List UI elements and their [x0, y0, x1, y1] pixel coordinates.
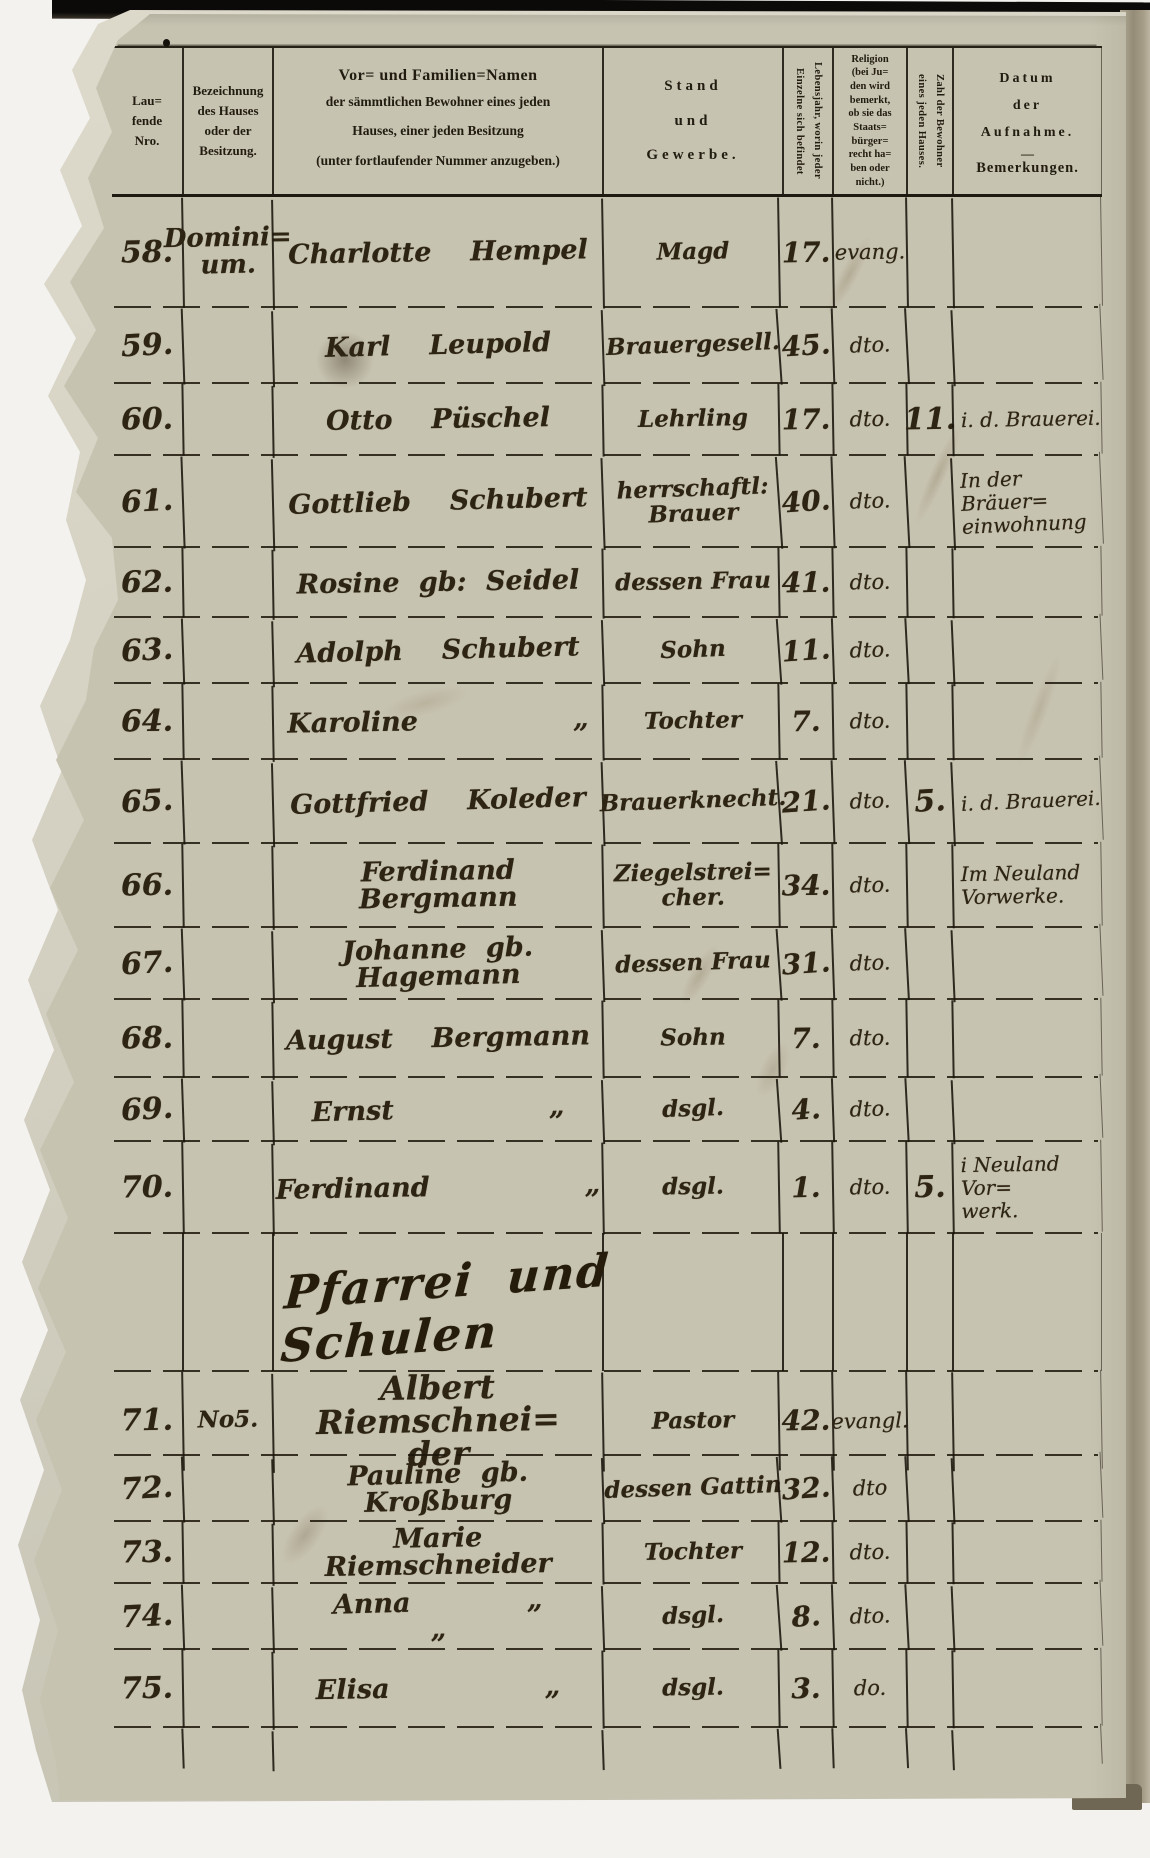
cell-stand-gewerbe: Lehrling	[601, 381, 782, 456]
header-vor-familien-namen: Vor= und Familien=Namen der sämmtlichen …	[272, 48, 602, 194]
cell-zahl-bewohner	[904, 454, 955, 548]
cell-datum-bemerkungen	[951, 1580, 1104, 1652]
cell-datum-bemerkungen	[951, 1520, 1102, 1585]
register-row: 68. August Bergmann Sohn 7. dto.	[112, 999, 1102, 1077]
cell-datum-bemerkungen: i. d. Brauerei.	[950, 756, 1104, 846]
cell-lebensjahr: 21.	[775, 757, 835, 845]
cell-lebensjahr: 45.	[775, 305, 834, 385]
cell-laufende-nro	[111, 1725, 183, 1769]
cell-datum-bemerkungen	[951, 682, 1102, 761]
cell-haus-bezeichnung	[181, 757, 274, 844]
cell-laufende-nro: 70.	[111, 1140, 183, 1233]
cell-religion: dto.	[831, 546, 906, 617]
table-body: 58. Domini= um. Charlotte Hempel Magd 17…	[112, 197, 1102, 1767]
register-row: 73. Marie Riemschneider Tochter 12. dto.	[112, 1521, 1102, 1583]
cell-zahl-bewohner	[904, 1454, 953, 1522]
register-row: 66. Ferdinand Bergmann Ziegelstrei= cher…	[112, 843, 1102, 927]
cell-haus-bezeichnung	[181, 615, 273, 684]
register-row: 60. Otto Püschel Lehrling 17. dto. 11. i…	[112, 383, 1102, 455]
register-row: 74. Anna „ „ dsgl. 8. dto.	[112, 1583, 1102, 1649]
register-row: 63. Adolph Schubert Sohn 11. dto.	[112, 617, 1102, 683]
header-datum-bemerkungen: Datum der Aufnahme. — Bemerkungen.	[952, 48, 1102, 194]
cell-zahl-bewohner	[905, 1521, 952, 1584]
cell-laufende-nro: 68.	[111, 998, 182, 1077]
cell-laufende-nro: 63.	[110, 615, 183, 685]
cell-zahl-bewohner	[904, 306, 954, 384]
cell-haus-bezeichnung	[181, 1648, 272, 1728]
cell-zahl-bewohner	[904, 926, 954, 1000]
cell-lebensjahr	[777, 1725, 834, 1769]
cell-lebensjahr: 32.	[776, 1453, 834, 1523]
cell-religion: dto	[831, 1454, 907, 1523]
cell-datum-bemerkungen	[951, 614, 1104, 686]
cell-name	[272, 1723, 603, 1772]
cell-haus-bezeichnung	[181, 682, 272, 760]
cell-stand-gewerbe: Sohn	[601, 997, 782, 1078]
register-row: 62. Rosine gb: Seidel dessen Frau 41. dt…	[112, 547, 1102, 617]
register-row: 75. Elisa „ dsgl. 3. do.	[112, 1649, 1102, 1727]
cell-datum-bemerkungen	[951, 1648, 1102, 1729]
cell-laufende-nro: 74.	[110, 1581, 183, 1651]
cell-religion: dto.	[831, 1140, 907, 1233]
cell-haus-bezeichnung	[181, 1581, 273, 1650]
register-row: 64. Karoline „ Tochter 7. dto.	[112, 683, 1102, 759]
cell-datum-bemerkungen	[951, 546, 1102, 619]
cell-religion: dto.	[831, 682, 906, 759]
cell-name: Elisa „	[271, 1646, 602, 1730]
cell-haus-bezeichnung	[181, 1520, 272, 1584]
register-row: 67. Johanne gb. Hagemann dessen Frau 31.…	[112, 927, 1102, 999]
cell-datum-bemerkungen	[951, 924, 1104, 1002]
cell-name: Gottfried Koleder	[271, 755, 603, 848]
header-namen-title: Vor= und Familien=Namen	[339, 67, 538, 85]
cell-laufende-nro: 61.	[110, 453, 185, 549]
cell-laufende-nro	[112, 1233, 182, 1371]
cell-stand-gewerbe: dsgl.	[601, 1139, 783, 1234]
cell-stand-gewerbe: Brauerknecht.	[601, 756, 784, 846]
cell-laufende-nro: 64.	[111, 682, 182, 759]
cell-lebensjahr: 12.	[777, 1521, 832, 1584]
cell-stand-gewerbe: Magd	[601, 195, 783, 308]
table-header: Lau= fende Nro. Bezeichnung des Hauses o…	[112, 48, 1102, 197]
cell-laufende-nro: 73.	[111, 1520, 182, 1583]
cell-lebensjahr: 11.	[776, 615, 834, 685]
cell-zahl-bewohner	[905, 999, 952, 1078]
cell-lebensjahr: 41.	[777, 547, 832, 618]
cell-haus-bezeichnung	[181, 1453, 273, 1522]
cell-zahl-bewohner	[905, 683, 952, 760]
cell-stand-gewerbe: dsgl.	[601, 1647, 782, 1728]
cell-datum-bemerkungen: i. d. Brauerei.	[951, 382, 1102, 457]
cell-religion: dto.	[831, 382, 906, 455]
cell-zahl-bewohner	[904, 616, 953, 684]
cell-lebensjahr: 8.	[776, 1581, 834, 1651]
cell-datum-bemerkungen	[952, 1233, 1102, 1371]
cell-datum-bemerkungen	[951, 1452, 1104, 1524]
cell-datum-bemerkungen	[950, 304, 1103, 386]
cell-zahl-bewohner	[905, 843, 952, 928]
cell-laufende-nro: 67.	[110, 925, 184, 1001]
cell-stand-gewerbe: dsgl.	[601, 1580, 783, 1652]
document-paper: Lau= fende Nro. Bezeichnung des Hauses o…	[0, 0, 1150, 1858]
header-zahl-label: Zahl der Bewohner eines jeden Hauses.	[912, 74, 948, 168]
cell-zahl-bewohner	[905, 1726, 953, 1768]
cell-lebensjahr: 17.	[777, 383, 832, 456]
cell-laufende-nro: 72.	[110, 1453, 183, 1523]
cell-stand-gewerbe: Tochter	[601, 681, 782, 760]
cell-datum-bemerkungen	[951, 998, 1102, 1079]
cell-zahl-bewohner	[906, 1233, 952, 1371]
cell-zahl-bewohner	[904, 1076, 953, 1142]
cell-haus-bezeichnung	[181, 382, 272, 456]
cell-zahl-bewohner	[905, 197, 953, 308]
cell-name: Marie Riemschneider	[271, 1518, 602, 1586]
cell-name: Otto Püschel	[271, 380, 602, 458]
cell-stand-gewerbe: Tochter	[601, 1519, 782, 1584]
cell-stand-gewerbe: dessen Gattin	[601, 1452, 783, 1524]
header-religion: Religion (bei Ju= den wird bemerkt, ob s…	[832, 48, 906, 194]
cell-zahl-bewohner: 11.	[905, 383, 952, 456]
cell-stand-gewerbe: dsgl.	[601, 1074, 783, 1144]
cell-religion: dto.	[831, 1520, 906, 1583]
cell-laufende-nro: 65.	[110, 757, 184, 845]
cell-name: Gottlieb Schubert	[271, 451, 603, 552]
cell-haus-bezeichnung	[181, 1725, 272, 1768]
header-rule: —	[1021, 150, 1034, 158]
cell-datum-bemerkungen: i Neuland Vor= werk.	[951, 1140, 1103, 1235]
cell-zahl-bewohner: 5.	[905, 1141, 953, 1234]
register-row: 59. Karl Leupold Brauergesell. 45. dto.	[112, 307, 1102, 383]
cell-haus-bezeichnung	[180, 453, 273, 548]
cell-name: Ferdinand Bergmann	[271, 840, 602, 930]
register-row: 71. No5. Albert Riemschnei= der Pastor 4…	[112, 1371, 1102, 1455]
cell-religion: dto.	[831, 926, 907, 1001]
header-datum-label: Datum der Aufnahme.	[981, 65, 1075, 147]
cell-lebensjahr: 31.	[776, 925, 835, 1001]
cell-religion: dto.	[831, 306, 908, 385]
cell-haus-bezeichnung	[182, 1233, 272, 1371]
cell-zahl-bewohner	[905, 1649, 952, 1728]
section-row: Pfarrei und Schulen	[112, 1233, 1102, 1371]
cell-lebensjahr: 40.	[775, 453, 835, 549]
register-row: 72. Pauline gb. Kroßburg dessen Gattin 3…	[112, 1455, 1102, 1521]
cell-stand-gewerbe: Sohn	[601, 614, 783, 686]
header-lebensjahr-label: Lebensjahr, worin jeder Einzelne sich be…	[790, 62, 826, 179]
cell-laufende-nro: 62.	[111, 546, 182, 617]
cell-haus-bezeichnung: Domini= um.	[181, 196, 273, 308]
cell-stand-gewerbe	[601, 1724, 782, 1770]
cell-zahl-bewohner	[904, 1582, 953, 1650]
cell-lebensjahr: 7.	[777, 683, 832, 760]
cell-datum-bemerkungen	[951, 196, 1103, 309]
cell-lebensjahr: 17.	[777, 197, 833, 308]
cell-name: Pauline gb. Kroßburg	[271, 1451, 603, 1526]
register-row: 65. Gottfried Koleder Brauerknecht. 21. …	[112, 759, 1102, 843]
cell-laufende-nro: 59.	[110, 305, 184, 385]
cell-stand-gewerbe: dessen Frau	[601, 924, 783, 1002]
cell-religion: do.	[831, 1648, 906, 1727]
cell-name: Anna „ „	[271, 1579, 603, 1654]
cell-haus-bezeichnung	[181, 925, 273, 1000]
cell-datum-bemerkungen	[951, 1074, 1104, 1144]
header-bezeichnung-haus: Bezeichnung des Hauses oder der Besitzun…	[182, 48, 272, 194]
cell-lebensjahr: 34.	[777, 843, 832, 928]
cell-name: Karoline „	[271, 680, 602, 762]
cell-haus-bezeichnung	[181, 305, 274, 384]
cell-religion: dto.	[831, 842, 906, 927]
cell-religion: evang.	[831, 196, 907, 307]
cell-religion: dto.	[831, 1076, 907, 1143]
census-register-scan: Lau= fende Nro. Bezeichnung des Hauses o…	[0, 0, 1150, 1858]
header-laufende-nro: Lau= fende Nro.	[112, 48, 182, 194]
cell-name: August Bergmann	[271, 996, 602, 1080]
register-row	[112, 1727, 1102, 1767]
census-table: Lau= fende Nro. Bezeichnung des Hauses o…	[112, 46, 1102, 1767]
register-row: 70. Ferdinand „ dsgl. 1. dto. 5. i Neula…	[112, 1141, 1102, 1233]
cell-name: Adolph Schubert	[271, 613, 603, 688]
cell-stand-gewerbe: Brauergesell.	[601, 304, 784, 386]
cell-laufende-nro: 75.	[111, 1648, 182, 1727]
register-row: 69. Ernst „ dsgl. 4. dto.	[112, 1077, 1102, 1141]
cell-name: Ferdinand „	[271, 1138, 603, 1236]
cell-name: Ernst „	[271, 1073, 603, 1146]
cell-haus-bezeichnung	[181, 842, 272, 928]
cell-laufende-nro: 66.	[111, 842, 182, 927]
cell-datum-bemerkungen: In der Bräuer= einwohnung	[950, 452, 1104, 550]
header-stand-gewerbe: Stand und Gewerbe.	[602, 48, 782, 194]
cell-religion: dto.	[831, 1582, 907, 1651]
cell-laufende-nro: 60.	[111, 382, 182, 455]
register-row: 61. Gottlieb Schubert herrschaftl: Braue…	[112, 455, 1102, 547]
cell-haus-bezeichnung	[181, 1140, 273, 1234]
cell-religion: dto.	[831, 998, 906, 1077]
cell-religion: dto.	[831, 616, 907, 685]
cell-name: Charlotte Hempel	[271, 194, 603, 310]
register-row: 58. Domini= um. Charlotte Hempel Magd 17…	[112, 197, 1102, 307]
cell-lebensjahr: 4.	[776, 1075, 834, 1143]
header-lebensjahr: Lebensjahr, worin jeder Einzelne sich be…	[782, 48, 832, 194]
cell-haus-bezeichnung	[181, 998, 272, 1078]
cell-name: Rosine gb: Seidel	[271, 544, 602, 620]
cell-religion	[831, 1726, 906, 1769]
cell-datum-bemerkungen: Im Neuland Vorwerke.	[951, 842, 1102, 929]
cell-datum-bemerkungen	[951, 1724, 1103, 1771]
header-zahl-bewohner: Zahl der Bewohner eines jeden Hauses.	[906, 48, 952, 194]
cell-stand-gewerbe: Ziegelstrei= cher.	[601, 841, 782, 928]
header-namen-subtitle: der sämmtlichen Bewohner eines jeden Hau…	[316, 87, 560, 174]
cell-zahl-bewohner: 5.	[904, 758, 954, 844]
cell-name: Karl Leupold	[271, 303, 603, 388]
cell-stand-gewerbe: dessen Frau	[601, 545, 782, 618]
cell-laufende-nro: 69.	[110, 1075, 183, 1143]
cell-stand-gewerbe: herrschaftl: Brauer	[600, 452, 783, 550]
cell-name: Johanne gb. Hagemann	[271, 923, 603, 1004]
header-bemerkungen-label: Bemerkungen.	[976, 160, 1079, 177]
cell-lebensjahr: 7.	[777, 999, 832, 1078]
cell-religion: dto.	[830, 454, 907, 549]
cell-haus-bezeichnung	[181, 1075, 273, 1142]
cell-religion: dto.	[831, 758, 908, 845]
cell-lebensjahr: 1.	[777, 1141, 833, 1234]
cell-lebensjahr: 3.	[777, 1649, 832, 1728]
cell-zahl-bewohner	[905, 547, 952, 618]
cell-haus-bezeichnung	[181, 546, 272, 618]
